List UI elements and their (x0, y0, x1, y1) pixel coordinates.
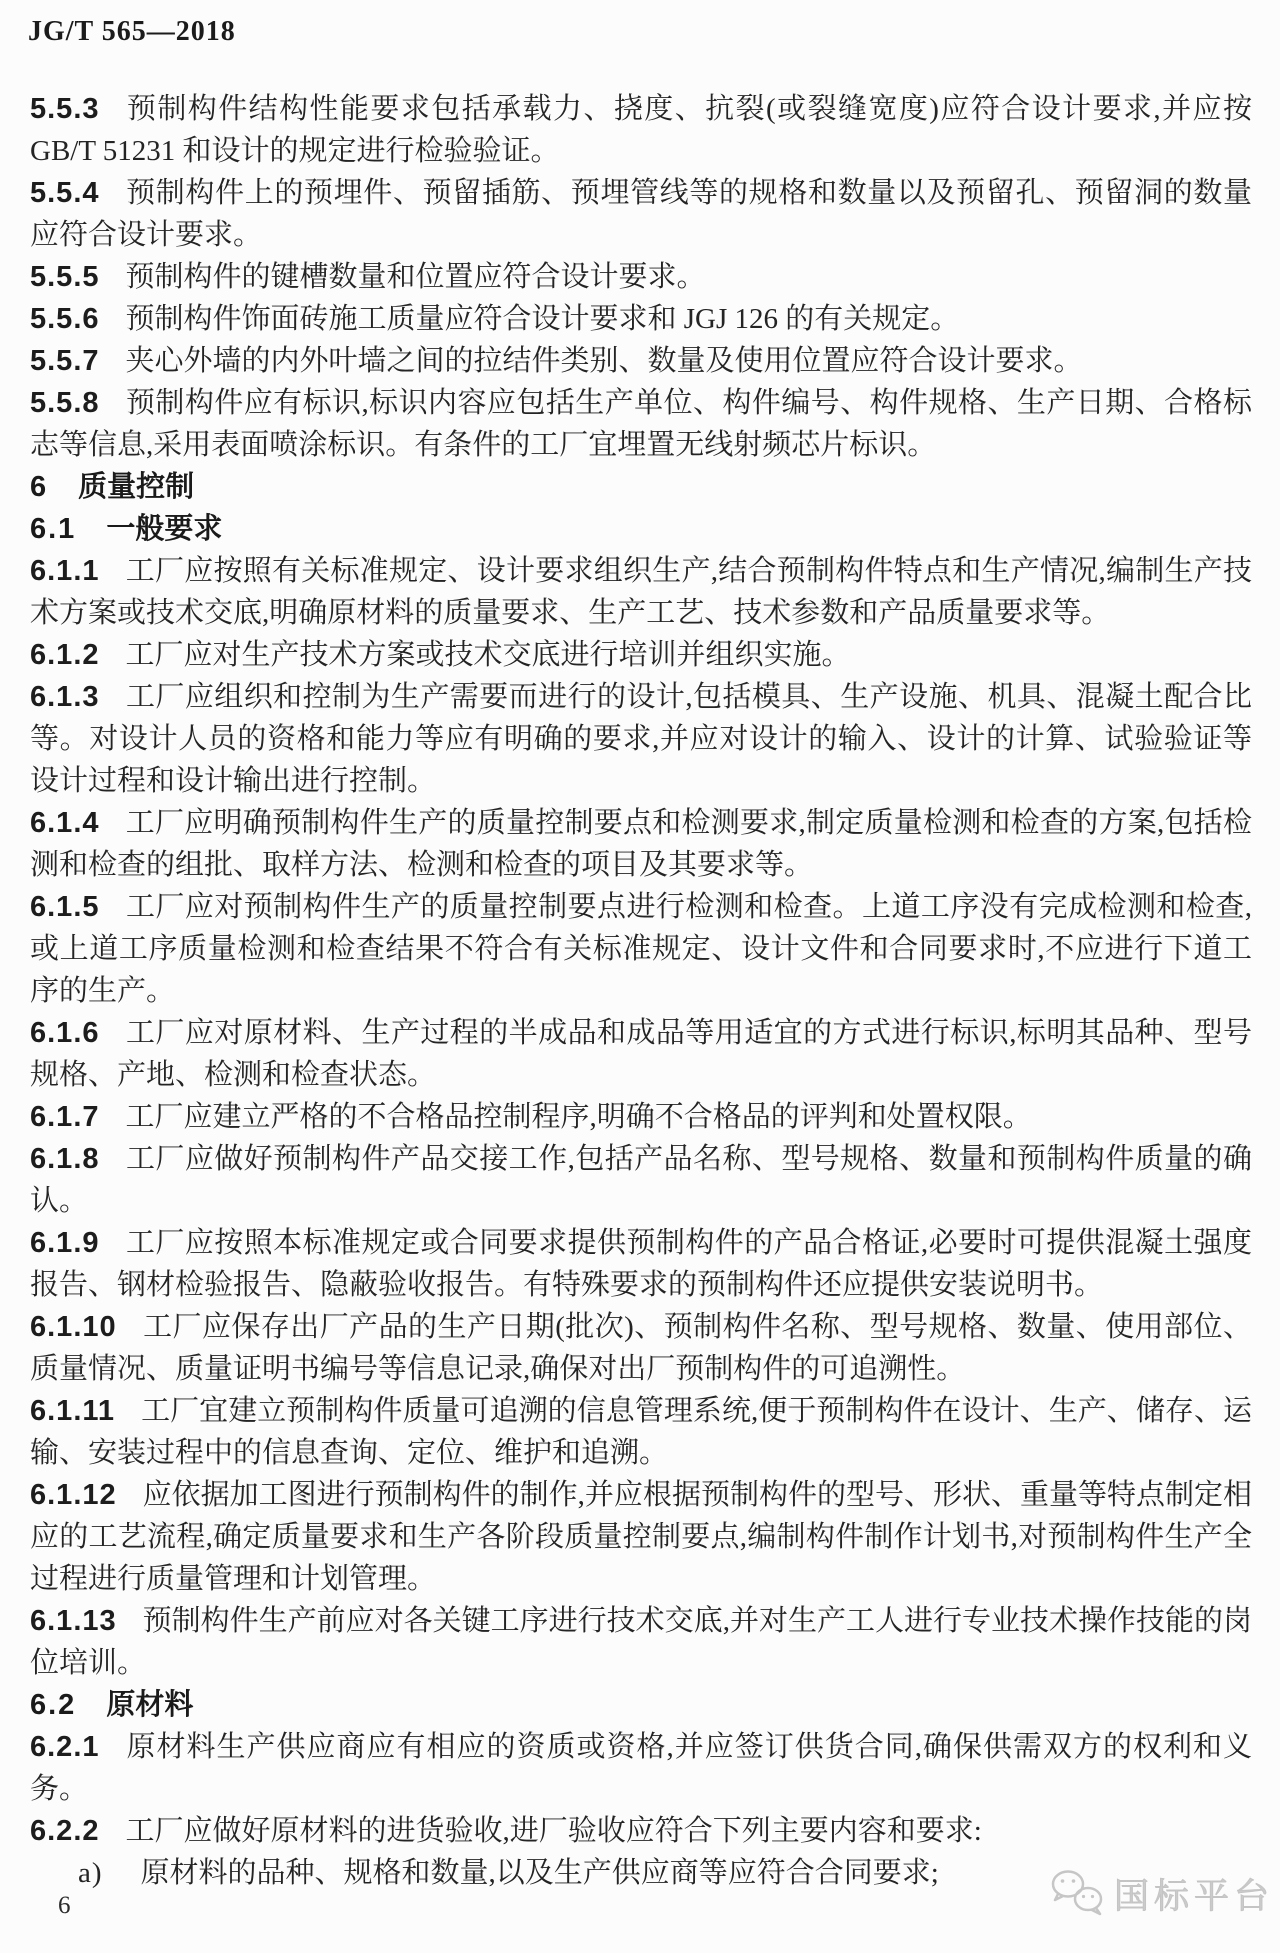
clause-5-5-5: 5.5.5预制构件的键槽数量和位置应符合设计要求。 (30, 256, 1252, 298)
clause-text: 工厂应按照有关标准规定、设计要求组织生产,结合预制构件特点和生产情况,编制生产技… (30, 555, 1252, 629)
document-body: 5.5.3预制构件结构性能要求包括承载力、挠度、抗裂(或裂缝宽度)应符合设计要求… (30, 88, 1252, 1894)
clause-6-1-13: 6.1.13预制构件生产前应对各关键工序进行技术交底,并对生产工人进行专业技术操… (30, 1600, 1252, 1684)
clause-text: 原材料生产供应商应有相应的资质或资格,并应签订供货合同,确保供需双方的权利和义务… (30, 1731, 1252, 1805)
clause-text: 夹心外墙的内外叶墙之间的拉结件类别、数量及使用位置应符合设计要求。 (126, 345, 1083, 377)
clause-number: 6.1.10 (30, 1311, 117, 1343)
standard-code-header: JG/T 565—2018 (28, 16, 236, 48)
clause-number: 6.1.6 (30, 1017, 100, 1049)
section-number: 6 (30, 471, 48, 503)
clause-text: 工厂应保存出厂产品的生产日期(批次)、预制构件名称、型号规格、数量、使用部位、质… (30, 1311, 1252, 1385)
clause-number: 6.1.11 (30, 1395, 115, 1427)
clause-6-1-10: 6.1.10工厂应保存出厂产品的生产日期(批次)、预制构件名称、型号规格、数量、… (30, 1306, 1252, 1390)
clause-number: 5.5.4 (30, 177, 100, 209)
section-heading-6-1: 6.1一般要求 (30, 508, 1252, 550)
section-title: 一般要求 (106, 513, 222, 545)
clause-text: 预制构件上的预埋件、预留插筋、预埋管线等的规格和数量以及预留孔、预留洞的数量应符… (30, 177, 1252, 251)
watermark: 国标平台 (1048, 1868, 1274, 1920)
clause-text: 应依据加工图进行预制构件的制作,并应根据预制构件的型号、形状、重量等特点制定相应… (30, 1479, 1252, 1595)
clause-number: 5.5.8 (30, 387, 100, 419)
section-heading-6: 6质量控制 (30, 466, 1252, 508)
clause-number: 6.1.8 (30, 1143, 100, 1175)
clause-number: 6.1.4 (30, 807, 100, 839)
clause-text: 工厂应对生产技术方案或技术交底进行培训并组织实施。 (126, 639, 851, 671)
clause-text: 工厂应做好原材料的进货验收,进厂验收应符合下列主要内容和要求: (126, 1815, 982, 1847)
clause-6-1-9: 6.1.9工厂应按照本标准规定或合同要求提供预制构件的产品合格证,必要时可提供混… (30, 1222, 1252, 1306)
section-number: 6.1 (30, 513, 76, 545)
clause-number: 6.1.12 (30, 1479, 117, 1511)
clause-5-5-8: 5.5.8预制构件应有标识,标识内容应包括生产单位、构件编号、构件规格、生产日期… (30, 382, 1252, 466)
clause-number: 5.5.7 (30, 345, 100, 377)
clause-text: 工厂应明确预制构件生产的质量控制要点和检测要求,制定质量检测和检查的方案,包括检… (30, 807, 1252, 881)
clause-number: 6.1.1 (30, 555, 100, 587)
clause-5-5-7: 5.5.7夹心外墙的内外叶墙之间的拉结件类别、数量及使用位置应符合设计要求。 (30, 340, 1252, 382)
clause-text: 预制构件应有标识,标识内容应包括生产单位、构件编号、构件规格、生产日期、合格标志… (30, 387, 1252, 461)
clause-number: 6.1.7 (30, 1101, 100, 1133)
clause-6-1-6: 6.1.6工厂应对原材料、生产过程的半成品和成品等用适宜的方式进行标识,标明其品… (30, 1012, 1252, 1096)
clause-number: 6.1.3 (30, 681, 100, 713)
clause-text: 工厂应做好预制构件产品交接工作,包括产品名称、型号规格、数量和预制构件质量的确认… (30, 1143, 1252, 1217)
page-number: 6 (58, 1892, 71, 1920)
clause-number: 6.1.5 (30, 891, 100, 923)
clause-text: 预制构件的键槽数量和位置应符合设计要求。 (126, 261, 706, 293)
list-item-label: a) (78, 1857, 103, 1889)
clause-text: 工厂宜建立预制构件质量可追溯的信息管理系统,便于预制构件在设计、生产、储存、运输… (30, 1395, 1252, 1469)
clause-text: 工厂应建立严格的不合格品控制程序,明确不合格品的评判和处置权限。 (126, 1101, 1032, 1133)
clause-6-1-4: 6.1.4工厂应明确预制构件生产的质量控制要点和检测要求,制定质量检测和检查的方… (30, 802, 1252, 886)
clause-6-1-1: 6.1.1工厂应按照有关标准规定、设计要求组织生产,结合预制构件特点和生产情况,… (30, 550, 1252, 634)
watermark-label: 国标平台 (1114, 1869, 1274, 1919)
clause-6-1-12: 6.1.12应依据加工图进行预制构件的制作,并应根据预制构件的型号、形状、重量等… (30, 1474, 1252, 1600)
clause-number: 6.2.1 (30, 1731, 100, 1763)
clause-text: 预制构件结构性能要求包括承载力、挠度、抗裂(或裂缝宽度)应符合设计要求,并应按 … (30, 93, 1252, 167)
clause-text: 预制构件生产前应对各关键工序进行技术交底,并对生产工人进行专业技术操作技能的岗位… (30, 1605, 1252, 1679)
clause-6-1-8: 6.1.8工厂应做好预制构件产品交接工作,包括产品名称、型号规格、数量和预制构件… (30, 1138, 1252, 1222)
section-title: 质量控制 (78, 471, 194, 503)
clause-6-1-11: 6.1.11工厂宜建立预制构件质量可追溯的信息管理系统,便于预制构件在设计、生产… (30, 1390, 1252, 1474)
section-number: 6.2 (30, 1689, 76, 1721)
clause-6-2-1: 6.2.1原材料生产供应商应有相应的资质或资格,并应签订供货合同,确保供需双方的… (30, 1726, 1252, 1810)
clause-5-5-6: 5.5.6预制构件饰面砖施工质量应符合设计要求和 JGJ 126 的有关规定。 (30, 298, 1252, 340)
clause-number: 6.2.2 (30, 1815, 100, 1847)
clause-number: 5.5.5 (30, 261, 100, 293)
clause-number: 5.5.3 (30, 93, 100, 125)
wechat-icon (1048, 1868, 1106, 1920)
clause-text: 预制构件饰面砖施工质量应符合设计要求和 JGJ 126 的有关规定。 (126, 303, 960, 335)
clause-5-5-3: 5.5.3预制构件结构性能要求包括承载力、挠度、抗裂(或裂缝宽度)应符合设计要求… (30, 88, 1252, 172)
clause-number: 6.1.9 (30, 1227, 100, 1259)
list-item-text: 原材料的品种、规格和数量,以及生产供应商等应符合合同要求; (141, 1857, 939, 1889)
clause-5-5-4: 5.5.4预制构件上的预埋件、预留插筋、预埋管线等的规格和数量以及预留孔、预留洞… (30, 172, 1252, 256)
clause-6-1-2: 6.1.2工厂应对生产技术方案或技术交底进行培训并组织实施。 (30, 634, 1252, 676)
document-page: JG/T 565—2018 5.5.3预制构件结构性能要求包括承载力、挠度、抗裂… (0, 0, 1280, 1953)
clause-number: 6.1.13 (30, 1605, 117, 1637)
clause-text: 工厂应对预制构件生产的质量控制要点进行检测和检查。上道工序没有完成检测和检查,或… (30, 891, 1252, 1007)
clause-number: 5.5.6 (30, 303, 100, 335)
clause-number: 6.1.2 (30, 639, 100, 671)
clause-6-2-2: 6.2.2工厂应做好原材料的进货验收,进厂验收应符合下列主要内容和要求: (30, 1810, 1252, 1852)
clause-text: 工厂应对原材料、生产过程的半成品和成品等用适宜的方式进行标识,标明其品种、型号规… (30, 1017, 1252, 1091)
clause-6-1-5: 6.1.5工厂应对预制构件生产的质量控制要点进行检测和检查。上道工序没有完成检测… (30, 886, 1252, 1012)
section-title: 原材料 (106, 1689, 193, 1721)
clause-6-1-7: 6.1.7工厂应建立严格的不合格品控制程序,明确不合格品的评判和处置权限。 (30, 1096, 1252, 1138)
clause-text: 工厂应组织和控制为生产需要而进行的设计,包括模具、生产设施、机具、混凝土配合比等… (30, 681, 1252, 797)
clause-text: 工厂应按照本标准规定或合同要求提供预制构件的产品合格证,必要时可提供混凝土强度报… (30, 1227, 1252, 1301)
section-heading-6-2: 6.2原材料 (30, 1684, 1252, 1726)
clause-6-1-3: 6.1.3工厂应组织和控制为生产需要而进行的设计,包括模具、生产设施、机具、混凝… (30, 676, 1252, 802)
